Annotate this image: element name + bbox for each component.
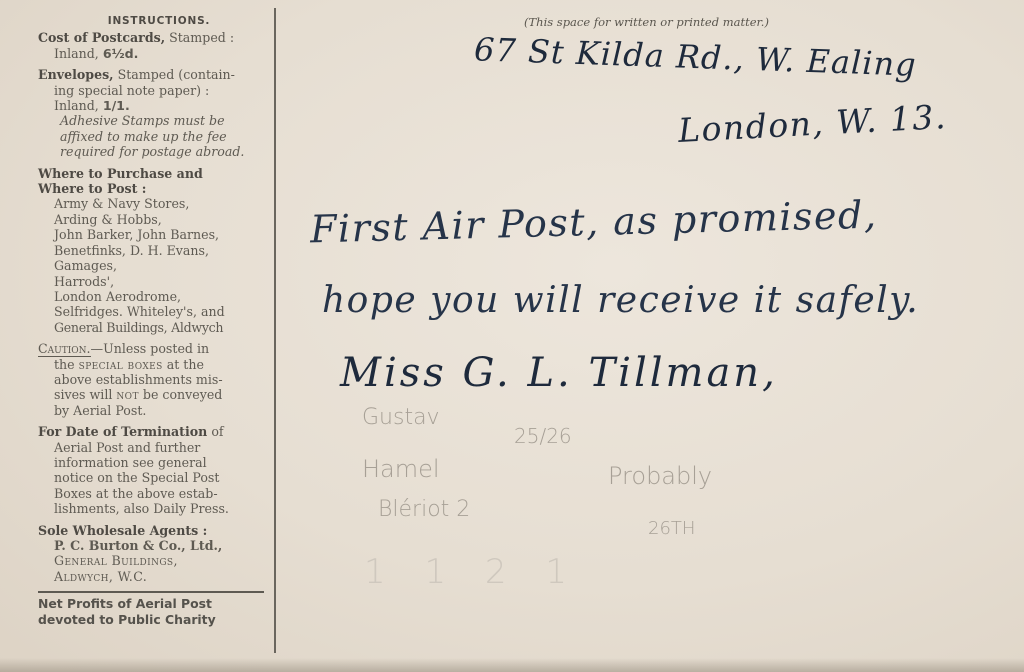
adhesive-note-3: required for postage abroad. [38, 144, 270, 159]
postcard-back: INSTRUCTIONS. Cost of Postcards, Stamped… [0, 0, 1024, 672]
address-line-2: London, W. 13. [677, 97, 948, 150]
store-item: Benetfinks, D. H. Evans, [38, 243, 270, 258]
store-item: London Aerodrome, [38, 289, 270, 304]
pencil-note-dates: 25/26 [514, 424, 572, 448]
message-line-2: hope you will receive it safely. [322, 280, 919, 321]
message-line-1: First Air Post, as promised, [310, 193, 878, 252]
pencil-note-day: 26TH [648, 518, 695, 539]
envelope-cost: Envelopes, Stamped (contain- ing special… [38, 67, 270, 159]
store-item: General Buildings, Aldwych [38, 320, 270, 335]
wholesale-agents: Sole Wholesale Agents : P. C. Burton & C… [38, 523, 270, 585]
caution-label: Caution. [38, 341, 91, 357]
envelope-price: 1/1. [103, 98, 130, 113]
pencil-note-hamel: Hamel [362, 455, 440, 483]
pencil-note-bleriot: Blériot 2 [378, 497, 470, 522]
store-item: Gamages, [38, 258, 270, 273]
pencil-note-probably: Probably [608, 462, 712, 490]
store-item: Army & Navy Stores, [38, 196, 270, 211]
postcard-cost: Cost of Postcards, Stamped : Inland, 6½d… [38, 30, 270, 61]
instructions-panel: INSTRUCTIONS. Cost of Postcards, Stamped… [38, 14, 270, 628]
store-item: Arding & Hobbs, [38, 212, 270, 227]
where-to-purchase: Where to Purchase and Where to Post : Ar… [38, 166, 270, 335]
adhesive-note-1: Adhesive Stamps must be [38, 113, 270, 128]
caution-notice: Caution.—Unless posted in the special bo… [38, 341, 270, 418]
termination-notice: For Date of Termination of Aerial Post a… [38, 424, 270, 516]
printed-matter-note: (This space for written or printed matte… [524, 15, 769, 29]
adhesive-note-2: affixed to make up the fee [38, 129, 270, 144]
address-line-1: 67 St Kilda Rd., W. Ealing [473, 30, 917, 83]
pencil-faint-marks: 1 1 2 1 [364, 552, 581, 592]
divider-rule [38, 591, 264, 593]
store-item: John Barker, John Barnes, [38, 227, 270, 242]
charity-note-1: Net Profits of Aerial Post [38, 596, 270, 612]
vertical-divider [274, 8, 276, 653]
signature: Miss G. L. Tillman, [340, 350, 778, 396]
postcard-price: 6½d. [103, 46, 139, 61]
pencil-note-gustav: Gustav [362, 405, 440, 430]
instructions-title: INSTRUCTIONS. [38, 14, 270, 29]
store-item: Selfridges. Whiteley's, and [38, 304, 270, 319]
charity-note-2: devoted to Public Charity [38, 612, 270, 628]
store-item: Harrods', [38, 274, 270, 289]
